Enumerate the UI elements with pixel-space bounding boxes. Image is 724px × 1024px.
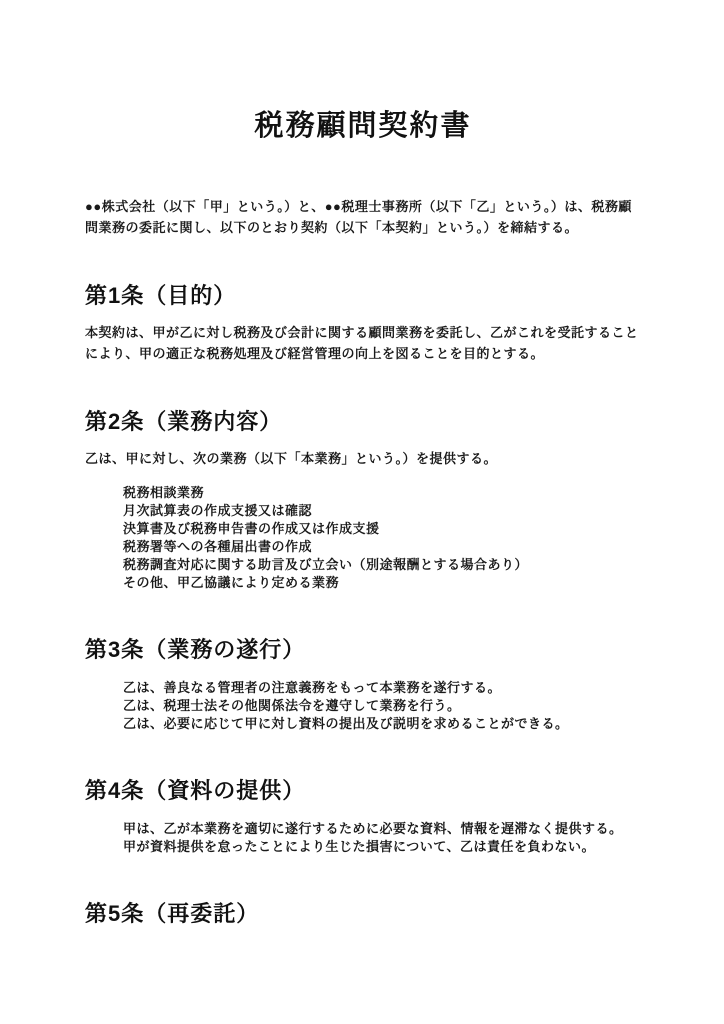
article-1-paragraph: 本契約は、甲が乙に対し税務及び会計に関する顧問業務を委託し、乙がこれを受託するこ… xyxy=(85,322,641,364)
contract-document-page: 税務顧問契約書 ●●株式会社（以下「甲」という。）と、●●税理士事務所（以下「乙… xyxy=(0,0,724,1024)
article-3-clause-list: 乙は、善良なる管理者の注意義務をもって本業務を遂行する。 乙は、税理士法その他関… xyxy=(85,679,641,733)
article-3-performance: 第3条（業務の遂行） 乙は、善良なる管理者の注意義務をもって本業務を遂行する。 … xyxy=(85,636,641,733)
service-list-item: 決算書及び税務申告書の作成又は作成支援 xyxy=(123,520,641,538)
article-4-materials: 第4条（資料の提供） 甲は、乙が本業務を適切に遂行するために必要な資料、情報を遅… xyxy=(85,777,641,856)
service-list-item: 税務相談業務 xyxy=(123,484,641,502)
clause-list-item: 乙は、必要に応じて甲に対し資料の提出及び説明を求めることができる。 xyxy=(123,715,641,733)
article-5-heading: 第5条（再委託） xyxy=(85,900,641,928)
article-2-paragraph: 乙は、甲に対し、次の業務（以下「本業務」という。）を提供する。 xyxy=(85,448,641,469)
article-1-purpose: 第1条（目的） 本契約は、甲が乙に対し税務及び会計に関する顧問業務を委託し、乙が… xyxy=(85,282,641,364)
clause-list-item: 乙は、税理士法その他関係法令を遵守して業務を行う。 xyxy=(123,697,641,715)
article-2-heading: 第2条（業務内容） xyxy=(85,408,641,436)
service-list-item: 税務調査対応に関する助言及び立会い（別途報酬とする場合あり） xyxy=(123,556,641,574)
service-list-item: 月次試算表の作成支援又は確認 xyxy=(123,502,641,520)
clause-list-item: 甲は、乙が本業務を適切に遂行するために必要な資料、情報を遅滞なく提供する。 xyxy=(123,820,641,838)
document-title: 税務顧問契約書 xyxy=(85,108,641,144)
clause-list-item: 甲が資料提供を怠ったことにより生じた損害について、乙は責任を負わない。 xyxy=(123,838,641,856)
service-list-item: その他、甲乙協議により定める業務 xyxy=(123,574,641,592)
article-1-heading: 第1条（目的） xyxy=(85,282,641,310)
contract-intro-paragraph: ●●株式会社（以下「甲」という。）と、●●税理士事務所（以下「乙」という。）は、… xyxy=(85,196,641,238)
article-4-heading: 第4条（資料の提供） xyxy=(85,777,641,805)
article-5-subcontracting: 第5条（再委託） xyxy=(85,900,641,928)
article-2-service-list: 税務相談業務 月次試算表の作成支援又は確認 決算書及び税務申告書の作成又は作成支… xyxy=(85,484,641,592)
article-2-services: 第2条（業務内容） 乙は、甲に対し、次の業務（以下「本業務」という。）を提供する… xyxy=(85,408,641,592)
article-3-heading: 第3条（業務の遂行） xyxy=(85,636,641,664)
clause-list-item: 乙は、善良なる管理者の注意義務をもって本業務を遂行する。 xyxy=(123,679,641,697)
article-4-clause-list: 甲は、乙が本業務を適切に遂行するために必要な資料、情報を遅滞なく提供する。 甲が… xyxy=(85,820,641,856)
service-list-item: 税務署等への各種届出書の作成 xyxy=(123,538,641,556)
